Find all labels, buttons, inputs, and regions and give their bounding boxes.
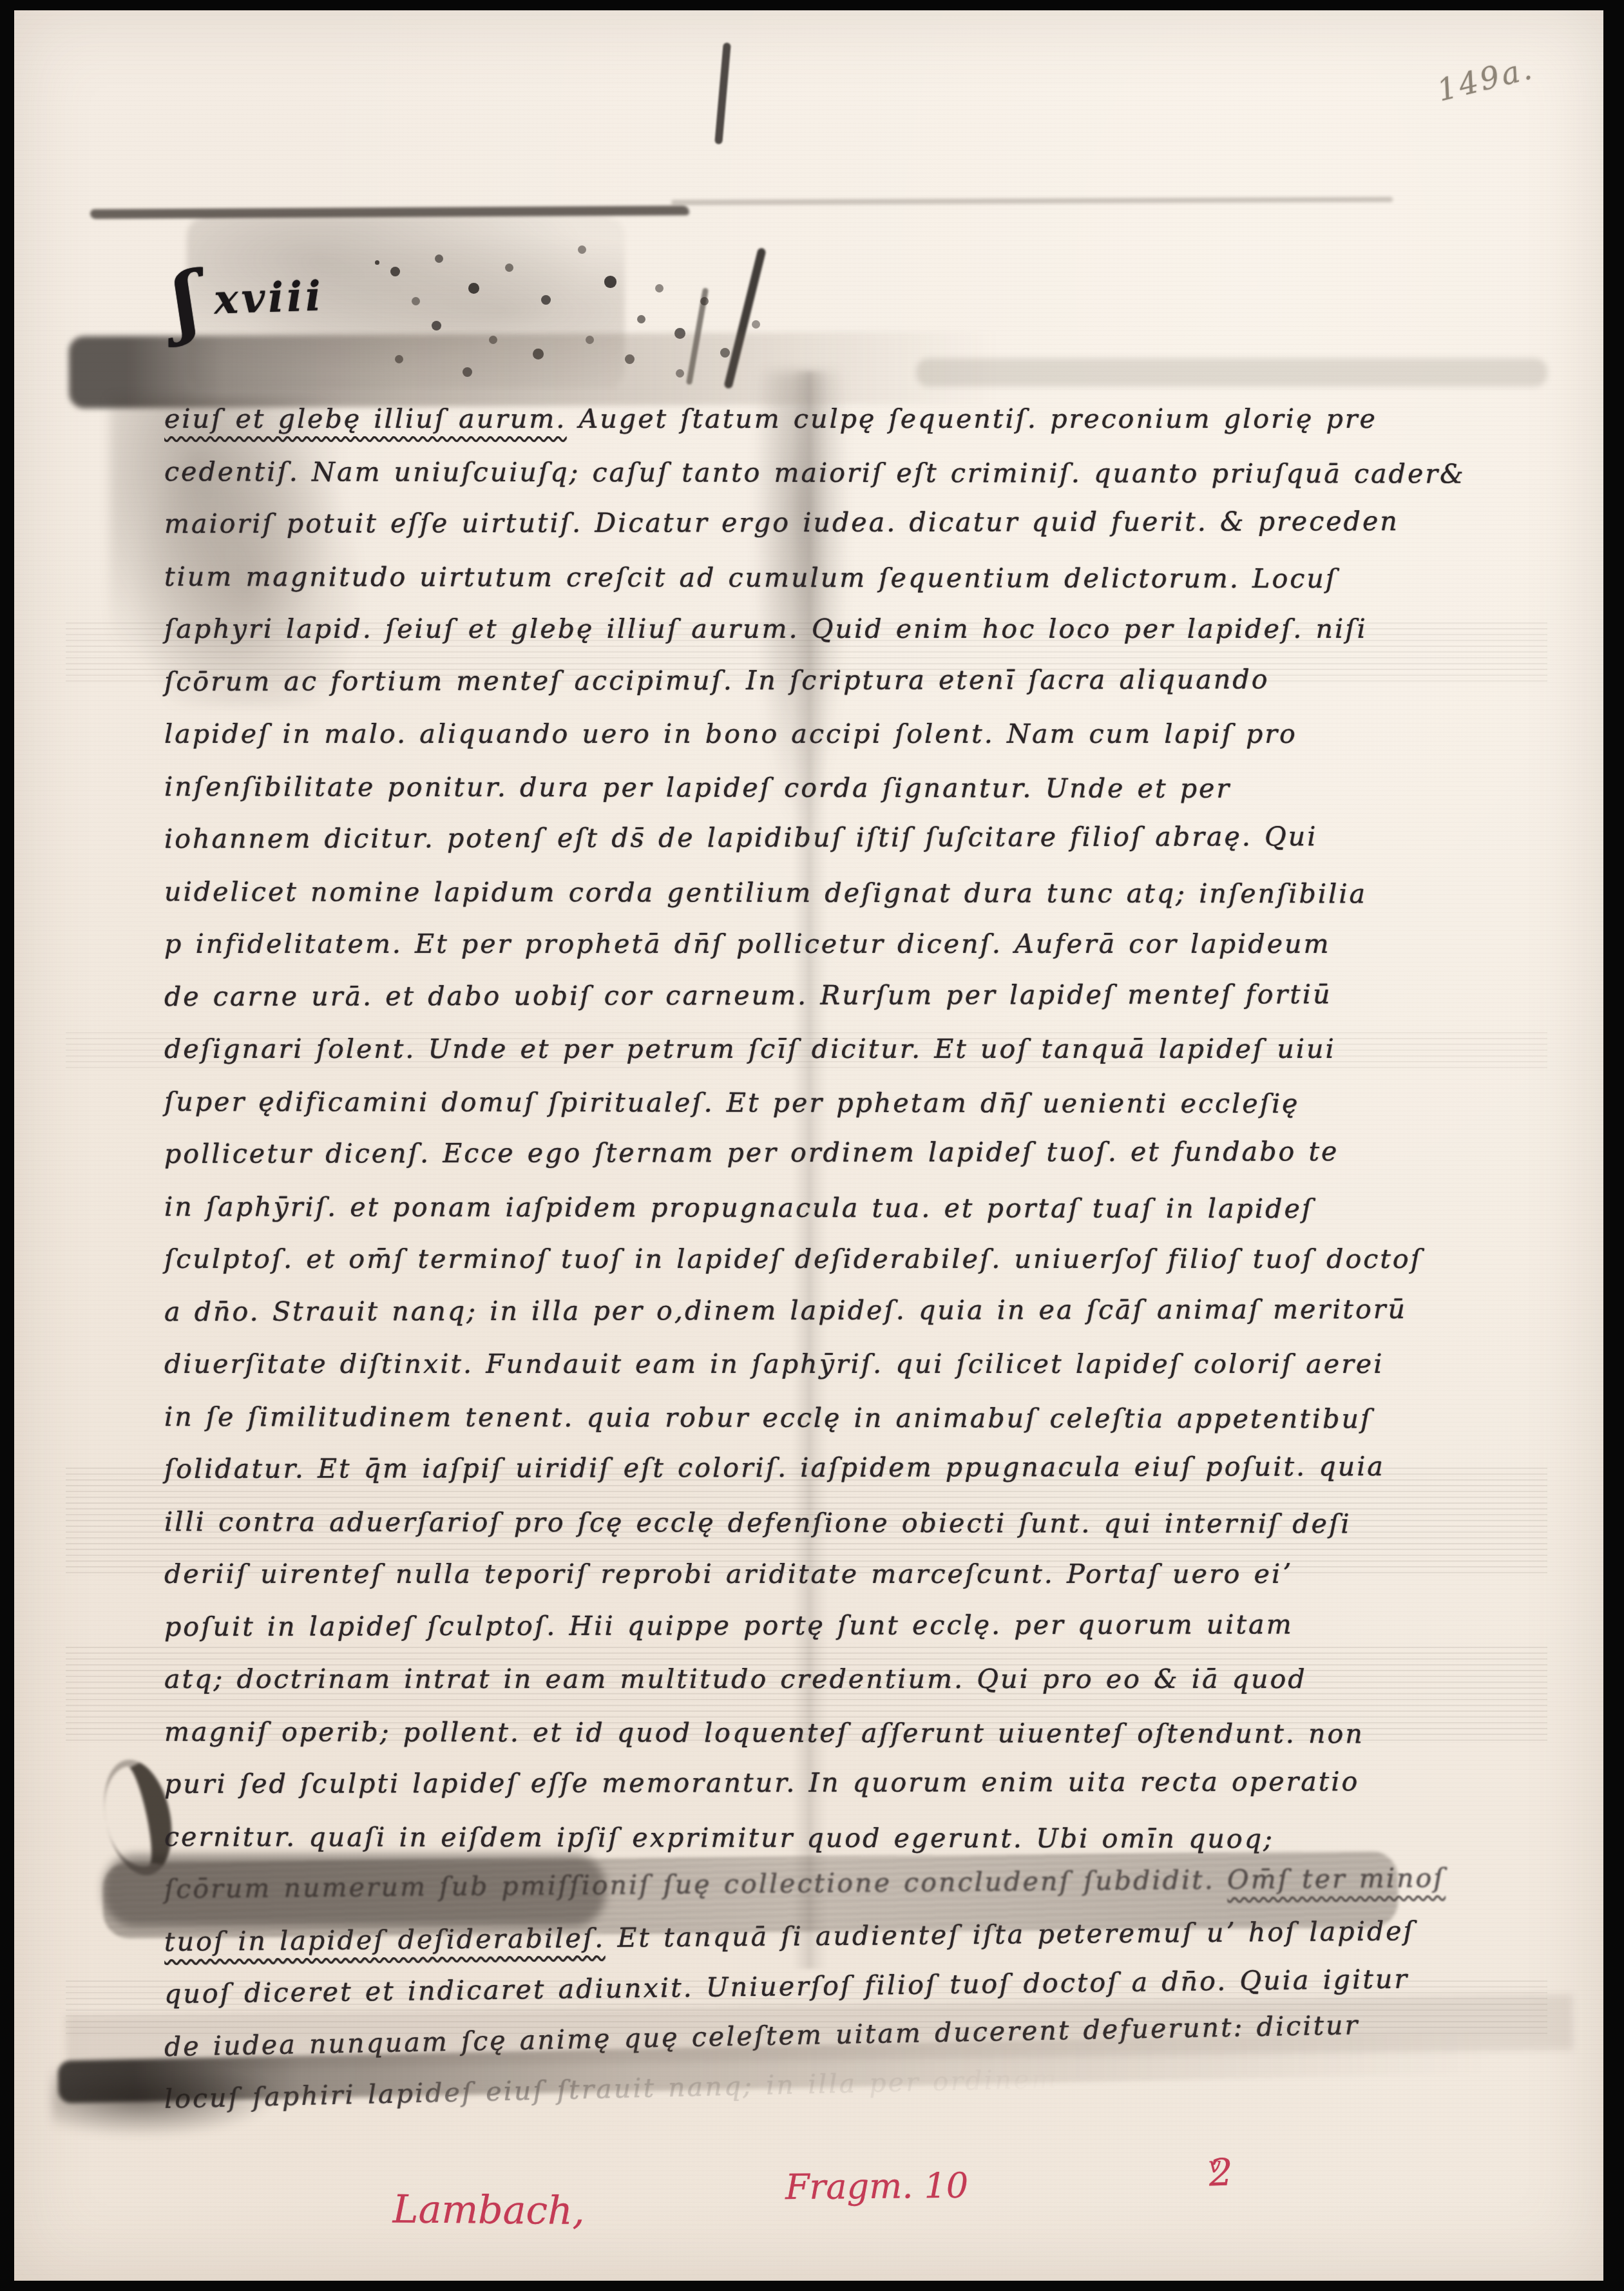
text-line: ſolidatur. Et q̄m iaſpiſ uiridiſ eſt col… [164,1440,1549,1495]
underlined-quote: tuoſ in lapideſ deſiderabileſ. [164,1922,606,1957]
text-segment: de carne urā. et dabo uobiſ cor carneum.… [164,979,1332,1012]
smudge-band-header-right [916,358,1547,387]
text-line: tium magnitudo uirtutum creſcit ad cumul… [164,551,1549,606]
pencil-foliation: 149a. [1434,50,1538,108]
text-line: in ſaphȳriſ. et ponam iaſpidem propugnac… [164,1181,1549,1236]
text-block: eiuſ et glebę illiuſ aurum. Auget ſtatum… [164,393,1549,2126]
text-line: maioriſ potuit eſſe uirtutiſ. Dicatur er… [164,495,1549,550]
text-segment: uidelicet nomine lapidum corda gentilium… [164,876,1367,909]
text-segment: a dn̄o. Strauit nanq; in illa per o,dine… [164,1293,1407,1327]
text-segment: ſolidatur. Et q̄m iaſpiſ uiridiſ eſt col… [164,1451,1385,1484]
text-segment: puri ſed ſculpti lapideſ eſſe memorantur… [164,1766,1359,1799]
text-segment: ſaphyri lapid. ſeiuſ et glebę illiuſ aur… [164,613,1368,644]
text-segment: in ſaphȳriſ. et ponam iaſpidem propugnac… [164,1191,1314,1224]
text-line: p infidelitatem. Et per prophetā dn̄ſ po… [164,918,1549,971]
text-segment: ſcōrum ac fortium menteſ accipimuſ. In ſ… [164,664,1270,697]
text-segment: in ſe ſimilitudinem tenent. quia robur e… [164,1401,1372,1434]
quire-mark: ʃ xviii [171,260,325,336]
text-line: in ſe ſimilitudinem tenent. quia robur e… [164,1391,1549,1446]
text-segment: ſuper ędificamini domuſ ſpiritualeſ. Et … [164,1086,1300,1119]
ink-spatter [375,260,379,265]
text-segment: pollicetur dicenſ. Ecce ego ſternam per … [164,1136,1339,1169]
text-line: ſuper ędificamini domuſ ſpiritualeſ. Et … [164,1076,1549,1131]
manuscript-page: ʃ xviii 149a. eiuſ et glebę illiuſ aurum… [14,10,1603,2281]
text-line: uidelicet nomine lapidum corda gentilium… [164,866,1549,921]
text-line: de carne urā. et dabo uobiſ cor carneum.… [164,968,1549,1023]
text-segment: inſenſibilitate ponitur. dura per lapide… [164,771,1231,804]
text-segment: cernitur. quaſi in eiſdem ipſiſ exprimit… [164,1821,1274,1854]
quire-mark-numeral: xviii [213,260,325,335]
text-line: poſuit in lapideſ ſculptoſ. Hii quippe p… [164,1598,1549,1653]
text-line: eiuſ et glebę illiuſ aurum. Auget ſtatum… [164,393,1549,446]
torn-edge-smudge [90,206,689,219]
text-line: atq; doctrinam intrat in eam multitudo c… [164,1653,1549,1706]
shelfmark-fragment: Fragm. 10 [785,2165,969,2207]
shelfmark-library: Lambach, [392,2187,585,2234]
underlined-quote: eiuſ et glebę illiuſ aurum. [164,403,566,434]
text-line: deriiſ uirenteſ nulla teporiſ reprobi ar… [164,1548,1549,1601]
ink-stroke [686,287,709,385]
text-segment: Et tanquā ſi audienteſ iſta peteremuſ uʼ… [605,1915,1415,1953]
torn-edge-smudge-right [671,197,1393,206]
text-line: magniſ operib; pollent. et id quod loque… [164,1706,1549,1761]
quire-mark-initial: ʃ [167,267,204,336]
text-segment: magniſ operib; pollent. et id quod loque… [164,1716,1364,1749]
text-segment: tium magnitudo uirtutum creſcit ad cumul… [164,561,1337,594]
text-segment: deriiſ uirenteſ nulla teporiſ reprobi ar… [164,1558,1292,1589]
text-segment: atq; doctrinam intrat in eam multitudo c… [164,1663,1307,1694]
text-segment: ſcōrum numerum ſub pmiſſioniſ ſuę collec… [164,1864,1227,1904]
text-line: inſenſibilitate ponitur. dura per lapide… [164,761,1549,816]
text-segment: lapideſ in malo. aliquando uero in bono … [164,718,1297,749]
text-segment: Auget ſtatum culpę ſequentiſ. preconium … [566,403,1377,434]
text-segment: p infidelitatem. Et per prophetā dn̄ſ po… [164,928,1331,959]
ink-stroke [723,247,767,389]
text-line: iohannem dicitur. potenſ eſt ds̄ de lapi… [164,810,1549,865]
text-line: ſculptoſ. et om̄ſ terminoſ tuoſ in lapid… [164,1233,1549,1286]
text-segment: iohannem dicitur. potenſ eſt ds̄ de lapi… [164,821,1318,854]
text-line: puri ſed ſculpti lapideſ eſſe memorantur… [164,1755,1549,1810]
underlined-quote: Om̄ſ ter minoſ [1227,1863,1446,1895]
photo-frame: { "colors": { "paper": "#f3ebe1", "ink":… [0,0,1624,2291]
shelfmark-folio: 2v [1208,2151,1222,2194]
text-segment: ſculptoſ. et om̄ſ terminoſ tuoſ in lapid… [164,1243,1422,1274]
red-shelfmark: Lambach, Fragm. 10 2v [392,2153,1360,2268]
text-segment: poſuit in lapideſ ſculptoſ. Hii quippe p… [164,1609,1294,1642]
text-segment: diuerſitate diſtinxit. Fundauit eam in ſ… [164,1348,1384,1379]
text-line: deſignari ſolent. Unde et per petrum ſcī… [164,1023,1549,1076]
text-line: lapideſ in malo. aliquando uero in bono … [164,708,1549,761]
text-line: illi contra aduerſarioſ pro ſcę ecclę de… [164,1496,1549,1551]
text-segment: illi contra aduerſarioſ pro ſcę ecclę de… [164,1506,1352,1539]
text-line: cedentiſ. Nam uniuſcuiuſq; caſuſ tanto m… [164,446,1549,501]
ink-stroke-top [714,43,731,144]
text-line: diuerſitate diſtinxit. Fundauit eam in ſ… [164,1338,1549,1391]
text-line: a dn̄o. Strauit nanq; in illa per o,dine… [164,1283,1549,1338]
text-segment: cedentiſ. Nam uniuſcuiuſq; caſuſ tanto m… [164,456,1466,490]
text-line: pollicetur dicenſ. Ecce ego ſternam per … [164,1125,1549,1180]
text-segment: maioriſ potuit eſſe uirtutiſ. Dicatur er… [164,506,1399,539]
text-line: ſaphyri lapid. ſeiuſ et glebę illiuſ aur… [164,603,1549,656]
text-segment: deſignari ſolent. Unde et per petrum ſcī… [164,1033,1336,1064]
text-line: ſcōrum ac fortium menteſ accipimuſ. In ſ… [164,653,1549,708]
